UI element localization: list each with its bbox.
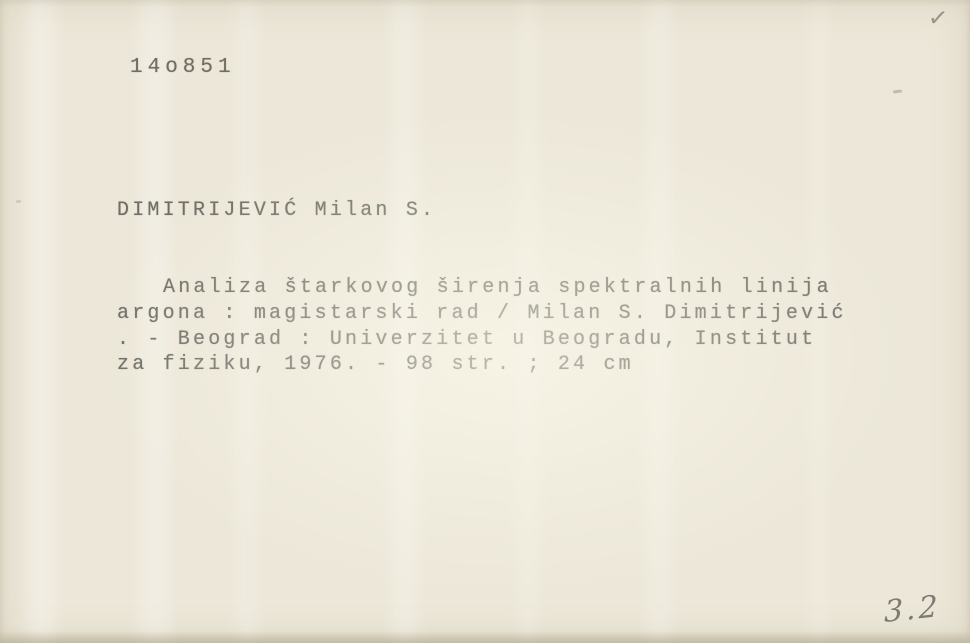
scan-edge-shadow (0, 631, 970, 643)
entry-line: Analiza štarkovog širenja spektralnih li… (117, 275, 847, 301)
entry-line: argona : magistarski rad / Milan S. Dimi… (117, 301, 847, 327)
checkmark-annotation: ✓ (927, 3, 950, 33)
handwritten-classification: 3.2 (884, 589, 940, 630)
entry-line: za fiziku, 1976. - 98 str. ; 24 cm (117, 352, 847, 378)
entry-body: Analiza štarkovog širenja spektralnih li… (117, 275, 847, 378)
scan-speck (16, 200, 21, 203)
author-heading: DIMITRIJEVIĆ Milan S. (117, 198, 847, 224)
entry-line: . - Beograd : Univerzitet u Beogradu, In… (117, 327, 847, 353)
catalog-entry: DIMITRIJEVIĆ Milan S. Analiza štarkovog … (117, 146, 847, 430)
call-number: 14o851 (130, 56, 236, 79)
scan-streak (28, 0, 54, 643)
catalog-card: ✓ 14o851 DIMITRIJEVIĆ Milan S. Analiza š… (0, 0, 970, 643)
scan-speck (893, 89, 902, 93)
